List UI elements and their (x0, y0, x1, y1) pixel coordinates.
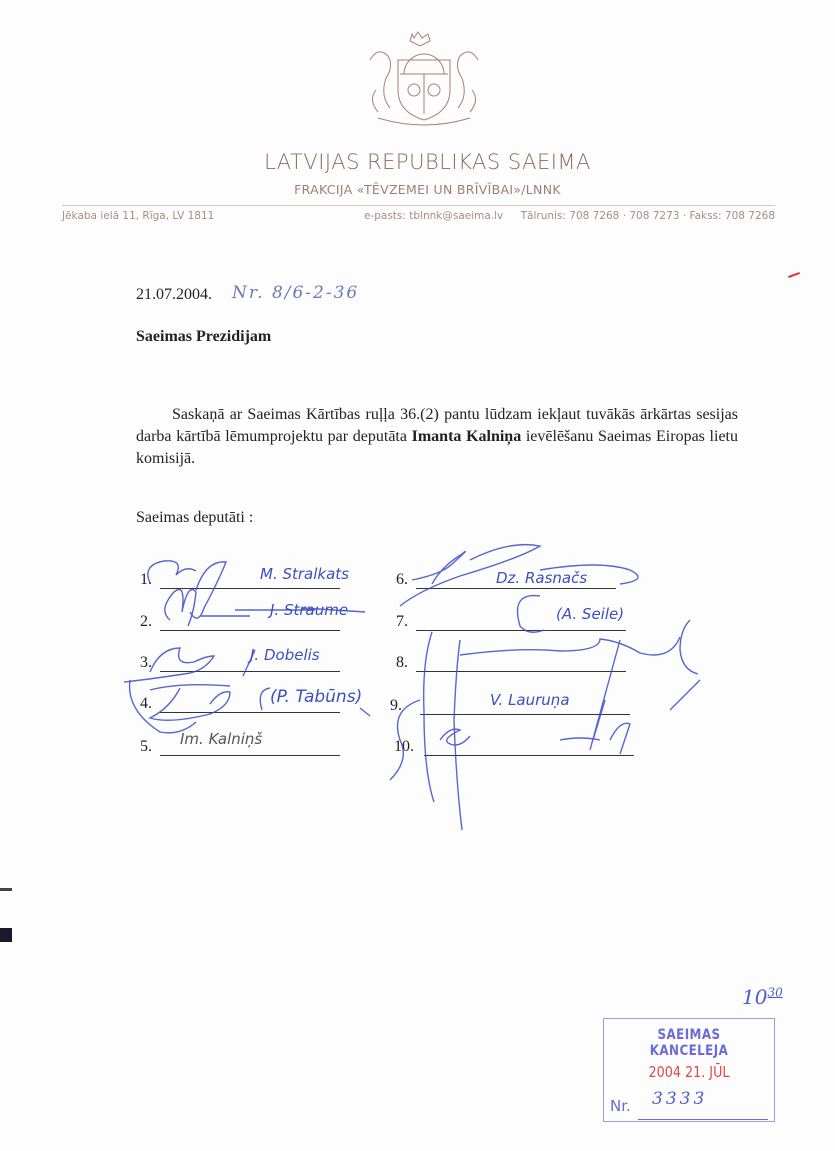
document-date: 21.07.2004. (136, 286, 212, 304)
signature-number: 1. (140, 571, 152, 589)
signature-number: 7. (396, 613, 408, 631)
coat-of-arms-icon (358, 30, 490, 130)
handwritten-reference: Nr. 8/6-2-36 (232, 283, 359, 303)
letterhead-subtitle: FRAKCIJA «TĒVZEMEI UN BRĪVĪBAI»/LNNK (0, 182, 835, 197)
time-hours: 10 (742, 985, 767, 1009)
signature-name: M. Stralkats (260, 565, 349, 583)
signature-line (416, 588, 616, 589)
handwritten-receipt-time: 1030 (742, 985, 783, 1009)
stamp-number-value: 3333 (652, 1089, 707, 1109)
signature-number: 4. (140, 695, 152, 713)
signature-number: 9. (390, 697, 402, 715)
signature-line (160, 588, 340, 589)
scan-edge-artifact (0, 888, 12, 891)
signature-line (160, 630, 340, 631)
signature-line (416, 630, 626, 631)
red-pen-mark (788, 272, 800, 278)
body-bold-name: Imanta Kalniņa (412, 428, 522, 445)
letterhead-phone: Tālrunis: 708 7268 · 708 7273 · Fakss: 7… (521, 210, 775, 222)
signature-number: 5. (140, 738, 152, 756)
time-minutes: 30 (767, 985, 782, 999)
letterhead-divider (62, 205, 775, 206)
stamp-number-line (638, 1119, 768, 1120)
signature-name: J. Dobelis (250, 646, 320, 664)
signature-number: 3. (140, 654, 152, 672)
stamp-title: SAEIMAS KANCELEJA (617, 1027, 762, 1059)
stamp-date: 2004 21. JŪL (617, 1063, 762, 1081)
signature-name: (P. Tabūns) (270, 687, 362, 707)
signature-name: J. Straume (270, 601, 348, 619)
signature-name: (A. Seile) (556, 605, 624, 623)
signature-line (416, 671, 626, 672)
signature-name: Im. Kalniņš (180, 730, 262, 748)
signature-number: 10. (394, 738, 414, 756)
signature-line (424, 755, 634, 756)
letterhead-email: e-pasts: tblnnk@saeima.lv (364, 210, 503, 222)
letterhead-address: Jēkaba ielā 11, Rīga, LV 1811 (62, 210, 214, 222)
scan-edge-artifact (0, 928, 12, 942)
recipient: Saeimas Prezidijam (136, 328, 271, 346)
signature-number: 2. (140, 613, 152, 631)
chancellery-stamp: SAEIMAS KANCELEJA 2004 21. JŪL Nr. 3333 (603, 1018, 775, 1122)
signatories-label: Saeimas deputāti : (136, 509, 253, 527)
signature-number: 6. (396, 571, 408, 589)
letterhead-contact: e-pasts: tblnnk@saeima.lv Tālrunis: 708 … (364, 210, 775, 222)
signature-number: 8. (396, 654, 408, 672)
signature-line (160, 755, 340, 756)
signature-line (160, 671, 340, 672)
letterhead-title: LATVIJAS REPUBLIKAS SAEIMA (0, 150, 835, 174)
stamp-number-label: Nr. (610, 1097, 631, 1115)
signature-name: V. Lauruņa (490, 691, 570, 709)
signature-name: Dz. Rasnačs (496, 569, 587, 587)
signature-line (160, 712, 340, 713)
signature-line (420, 714, 630, 715)
body-paragraph: Saskaņā ar Saeimas Kārtības ruļļa 36.(2)… (136, 404, 738, 470)
